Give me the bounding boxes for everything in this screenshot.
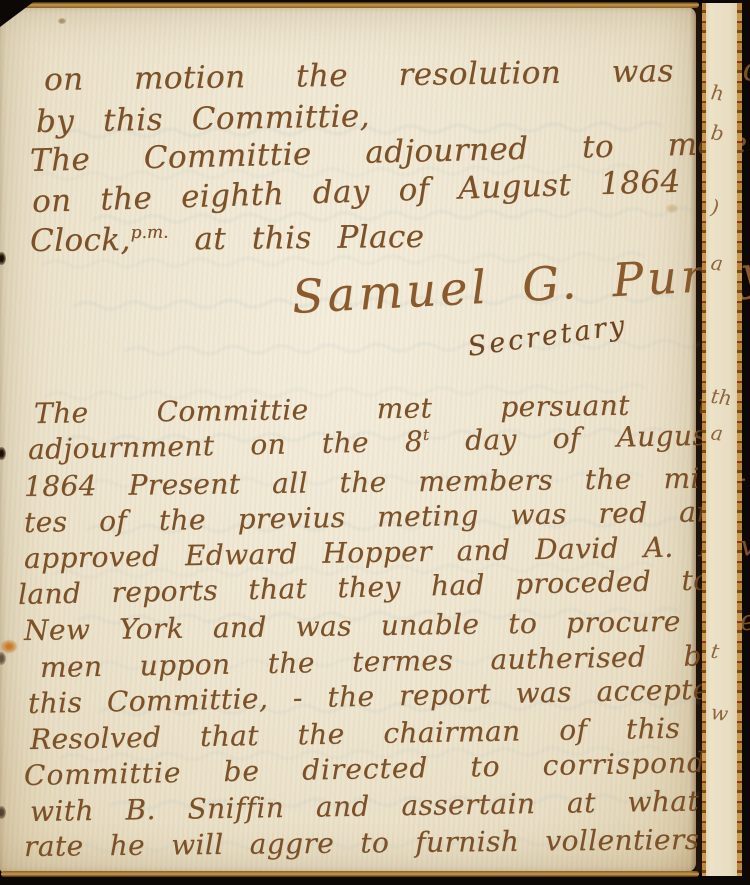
line-text: Clock, — [30, 222, 131, 259]
adjacent-page-text-fragment: h — [709, 80, 725, 106]
scanned-manuscript-photo: on motion the resolution was adopted by … — [0, 0, 750, 885]
adjacent-page-text-fragment: t — [709, 639, 720, 664]
line-text: at this Place — [168, 219, 424, 258]
adjacent-page-text-fragment: a — [709, 250, 724, 275]
handwriting-line: Clock,p.m. at this Place — [30, 219, 425, 259]
adjacent-page-text-fragment: th — [709, 384, 733, 411]
page-edge-line — [737, 3, 742, 876]
superscript-pm: p.m. — [131, 223, 169, 243]
page-edge-line — [702, 3, 706, 876]
adjacent-page-text-fragment: b — [709, 120, 725, 146]
handwriting-line: rate he will aggre to furnish vollentier… — [24, 823, 700, 863]
adjacent-page-text-fragment: w — [709, 700, 729, 726]
adjacent-page-text-fragment: a — [709, 420, 724, 445]
handwriting-line: by this Committie, — [36, 98, 370, 140]
page-gilt-edge-top — [1, 2, 699, 8]
adjacent-page-edge: h b ) a th a t w — [702, 3, 742, 876]
line-text: day of August — [429, 419, 719, 458]
page-gilt-edge-bottom — [1, 871, 699, 877]
adjacent-page-text-fragment: ) — [709, 195, 720, 220]
